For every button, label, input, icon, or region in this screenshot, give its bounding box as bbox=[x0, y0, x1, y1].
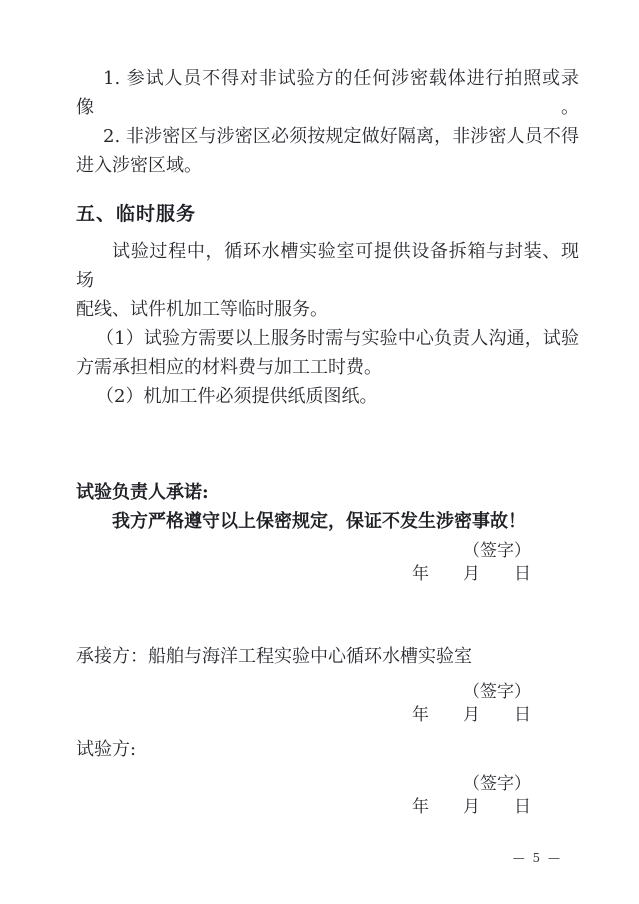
client-label: 试验方: bbox=[76, 735, 579, 764]
date-month-label: 月 bbox=[463, 797, 480, 817]
signature-hint: （签字） bbox=[76, 773, 531, 796]
commitment-statement: 我方严格遵守以上保密规定，保证不发生涉密事故！ bbox=[76, 507, 579, 536]
page-number: — 5 — bbox=[513, 851, 562, 866]
signature-block-contractor: （签字） 年月日 bbox=[76, 681, 579, 727]
date-month-label: 月 bbox=[463, 705, 480, 725]
date-month-label: 月 bbox=[463, 564, 480, 584]
section-body: 试验过程中，循环水槽实验室可提供设备拆箱与封装、现场 配线、试件机加工等临时服务… bbox=[76, 237, 579, 411]
date-year-label: 年 bbox=[412, 797, 429, 817]
rule-line-1: 1. 参试人员不得对非试验方的任何涉密载体进行拍照或录像。 bbox=[76, 64, 579, 122]
commitment-title: 试验负责人承诺: bbox=[76, 478, 579, 507]
date-year-label: 年 bbox=[412, 705, 429, 725]
contractor-label: 承接方：船舶与海洋工程实验中心循环水槽实验室 bbox=[76, 642, 579, 671]
date-day-label: 日 bbox=[514, 797, 531, 817]
signature-block-client: （签字） 年月日 bbox=[76, 773, 579, 819]
rule-line-2: 2. 非涉密区与涉密区必须按规定做好隔离，非涉密人员不得 bbox=[76, 122, 579, 151]
date-year-label: 年 bbox=[412, 564, 429, 584]
signature-date-line: 年月日 bbox=[76, 796, 531, 819]
date-day-label: 日 bbox=[514, 705, 531, 725]
section-intro-line-2: 配线、试件机加工等临时服务。 bbox=[76, 295, 579, 324]
section-point-2: （2）机加工件必须提供纸质图纸。 bbox=[76, 382, 579, 411]
document-content: 1. 参试人员不得对非试验方的任何涉密载体进行拍照或录像。 2. 非涉密区与涉密… bbox=[76, 0, 579, 819]
rule-line-2-continued: 进入涉密区域。 bbox=[76, 151, 579, 180]
section-point-1-line-1: （1）试验方需要以上服务时需与实验中心负责人沟通，试验 bbox=[76, 324, 579, 353]
document-page: 1. 参试人员不得对非试验方的任何涉密载体进行拍照或录像。 2. 非涉密区与涉密… bbox=[0, 0, 639, 904]
date-day-label: 日 bbox=[514, 564, 531, 584]
signature-date-line: 年月日 bbox=[76, 563, 531, 586]
signature-date-line: 年月日 bbox=[76, 704, 531, 727]
signature-hint: （签字） bbox=[76, 540, 531, 563]
signature-block-leader: （签字） 年月日 bbox=[76, 540, 579, 586]
section-point-1-line-2: 方需承担相应的材料费与加工工时费。 bbox=[76, 353, 579, 382]
signature-hint: （签字） bbox=[76, 681, 531, 704]
section-intro-line-1: 试验过程中，循环水槽实验室可提供设备拆箱与封装、现场 bbox=[76, 237, 579, 295]
section-heading-temporary-services: 五、临时服务 bbox=[76, 200, 579, 229]
